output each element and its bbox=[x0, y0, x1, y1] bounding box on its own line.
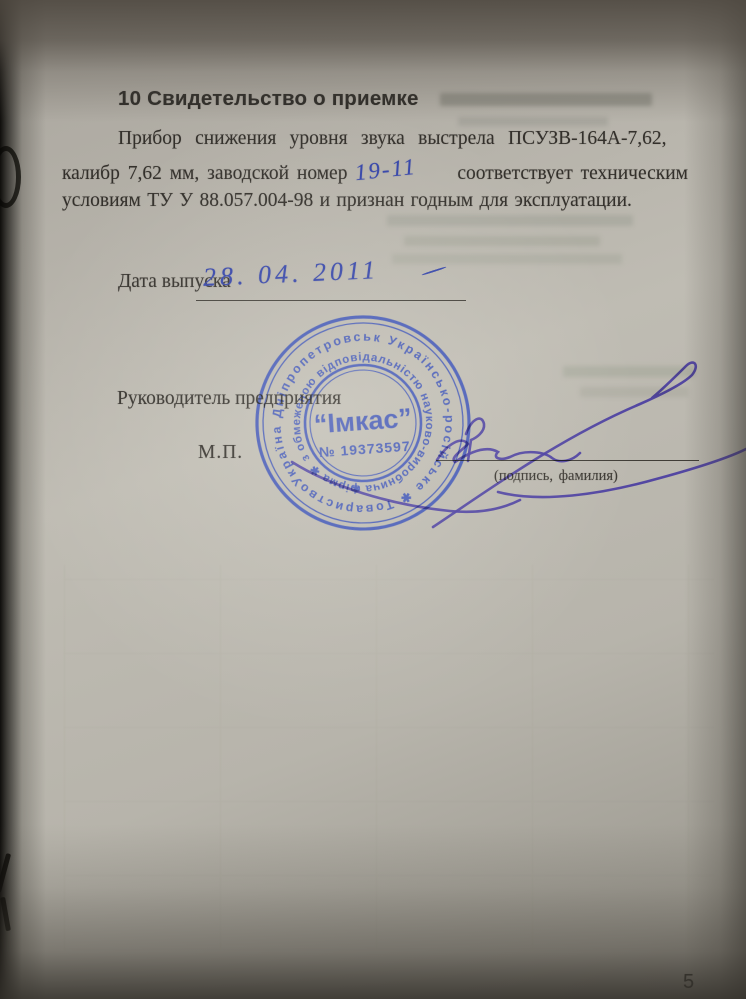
signature-small-loop bbox=[466, 419, 484, 461]
signature-base-squiggle bbox=[437, 441, 580, 462]
page-content: 10 Свидетельство о приемке Прибор снижен… bbox=[0, 0, 746, 999]
document-photo: 10 Свидетельство о приемке Прибор снижен… bbox=[0, 0, 746, 999]
signature-main-flourish bbox=[433, 363, 696, 527]
handwritten-signature bbox=[0, 0, 746, 999]
signature-under-curve bbox=[292, 462, 520, 512]
signature-tail-stroke bbox=[498, 449, 746, 497]
page-number: 5 bbox=[683, 971, 694, 994]
